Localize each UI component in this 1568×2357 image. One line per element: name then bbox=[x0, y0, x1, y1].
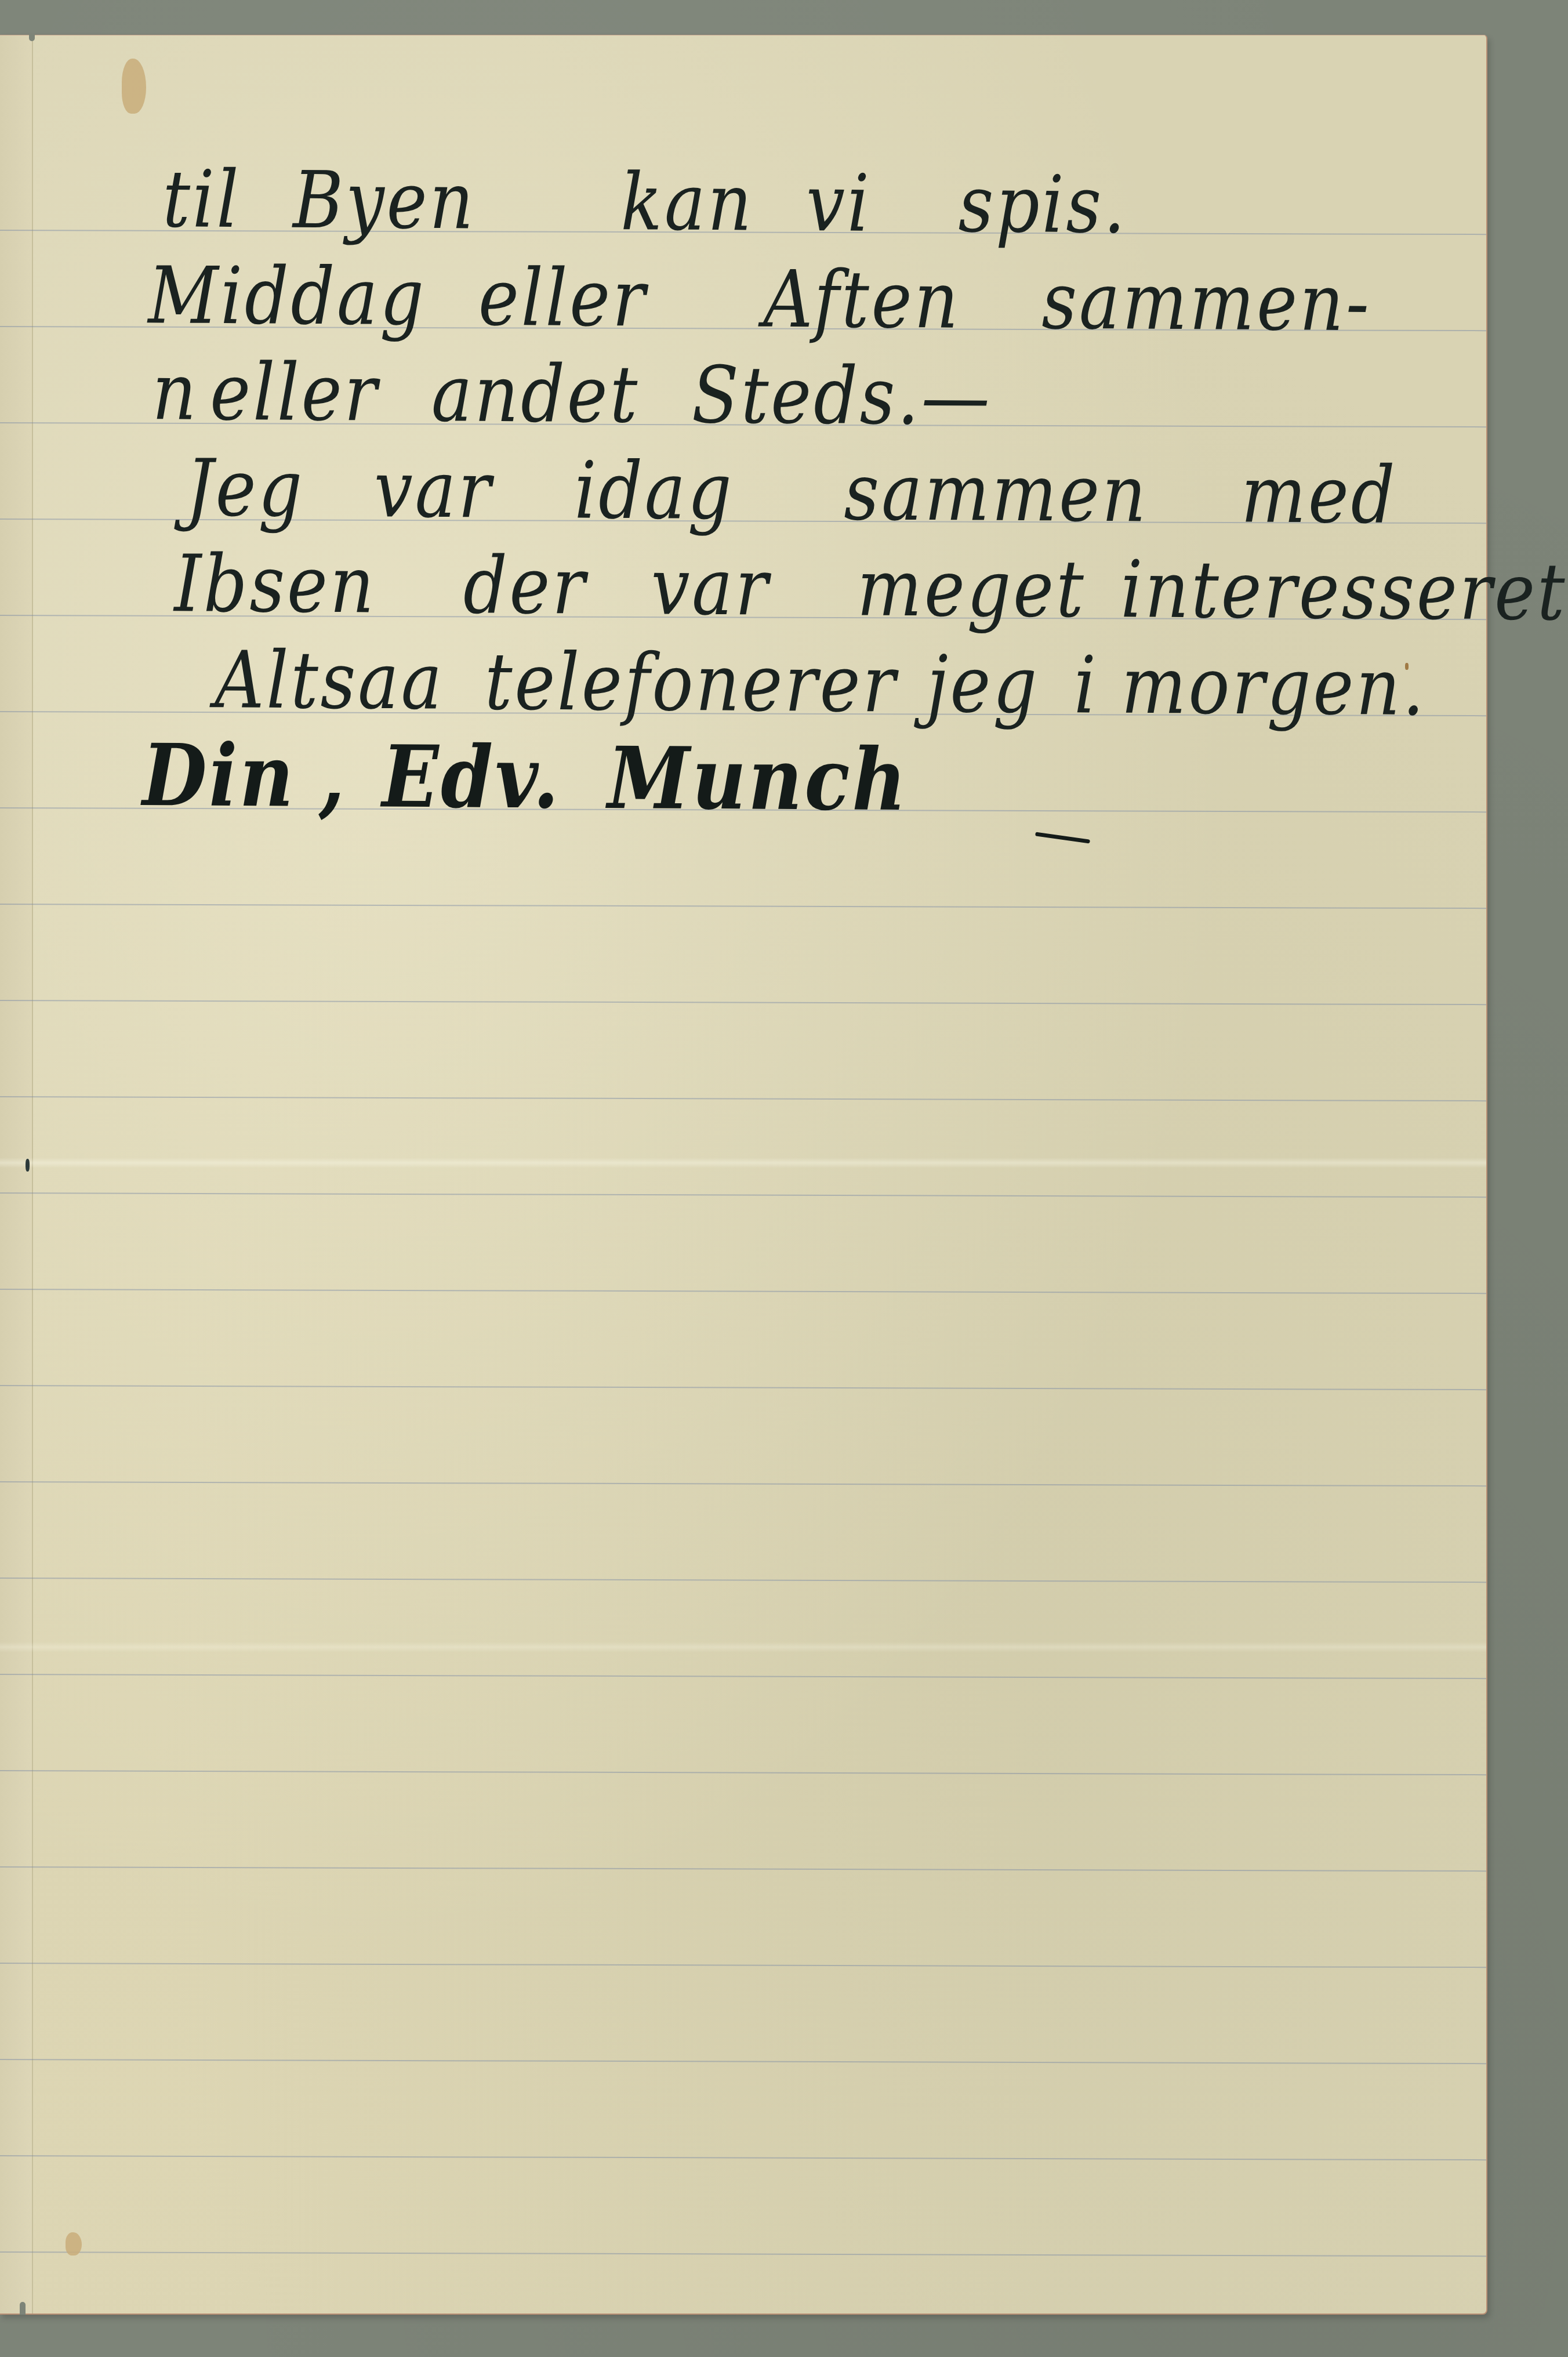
fold-crease bbox=[0, 1158, 1486, 1168]
word: med bbox=[1241, 455, 1398, 534]
word: til bbox=[162, 159, 241, 239]
letter-line-3: nellerandetSteds.— bbox=[152, 352, 1044, 436]
letter-line-5: Ibsendervarmegetinteresseret bbox=[174, 544, 1568, 632]
word: var bbox=[374, 449, 493, 529]
word: meget bbox=[857, 548, 1086, 628]
ruled-line bbox=[0, 1096, 1486, 1101]
ruled-line bbox=[0, 904, 1486, 909]
word: idag bbox=[574, 451, 734, 530]
word: Aften bbox=[763, 260, 961, 340]
signature-word: , bbox=[319, 734, 347, 819]
letter-sheet: tilByenkanvispis. MiddagellerAftensammen… bbox=[0, 35, 1487, 2315]
ruled-line bbox=[0, 1385, 1486, 1390]
word: eller bbox=[210, 353, 379, 432]
word: telefonerer bbox=[485, 642, 898, 723]
word: Middag bbox=[148, 256, 426, 336]
signature-word: Din bbox=[142, 733, 296, 819]
sheet-notch-bottom bbox=[20, 2302, 26, 2315]
ruled-line bbox=[0, 1481, 1486, 1486]
signature-word: Edv. bbox=[382, 734, 561, 821]
facing-page-edge bbox=[0, 35, 33, 2314]
word: Byen bbox=[293, 161, 476, 241]
sheet-notch-top bbox=[29, 34, 35, 41]
ruled-line bbox=[0, 1578, 1486, 1583]
word: sammen- bbox=[1041, 262, 1371, 342]
word: eller bbox=[478, 258, 648, 338]
word: sammen bbox=[844, 452, 1148, 533]
word: i bbox=[1074, 646, 1099, 724]
word: jeg bbox=[927, 645, 1040, 724]
signature-word: Munch bbox=[607, 736, 909, 823]
word: Jeg bbox=[186, 448, 304, 528]
ruled-line bbox=[0, 2059, 1486, 2064]
word: Steds.— bbox=[692, 356, 993, 436]
letter-line-4: Jegvaridagsammenmed bbox=[186, 448, 1450, 535]
signature: Din,Edv.Munch bbox=[142, 733, 961, 824]
word: kan bbox=[620, 162, 754, 242]
foxing-stain-top bbox=[122, 59, 146, 114]
foxing-stain-bottom bbox=[66, 2232, 82, 2256]
ruled-line bbox=[0, 2251, 1486, 2257]
word: spis. bbox=[958, 165, 1128, 244]
ruled-line bbox=[0, 1192, 1486, 1198]
word: der bbox=[463, 546, 588, 625]
ruled-line bbox=[0, 1963, 1486, 1968]
ink-speck-left bbox=[26, 1159, 30, 1172]
ruled-line bbox=[0, 2155, 1486, 2160]
word: interesseret bbox=[1120, 550, 1567, 631]
letter-line-2: MiddagellerAftensammen- bbox=[148, 256, 1424, 342]
ruled-line bbox=[0, 1770, 1486, 1775]
ruled-line bbox=[0, 1674, 1486, 1679]
word: andet bbox=[431, 354, 640, 434]
word: var bbox=[651, 547, 770, 626]
fold-crease-lower bbox=[0, 1642, 1486, 1652]
word: Altsaa bbox=[215, 640, 444, 720]
word: n bbox=[152, 352, 199, 431]
word: vi bbox=[806, 164, 872, 242]
letter-line-1: tilByenkanvispis. bbox=[162, 159, 1180, 244]
letter-line-6: Altsaatelefonererjegimorgen. bbox=[215, 640, 1479, 727]
word: morgen. bbox=[1121, 646, 1427, 727]
ruled-line bbox=[0, 1866, 1486, 1872]
ruled-line bbox=[0, 1000, 1486, 1005]
word: Ibsen bbox=[174, 544, 376, 624]
signature-dash bbox=[1035, 832, 1090, 843]
ruled-line bbox=[0, 1289, 1486, 1294]
